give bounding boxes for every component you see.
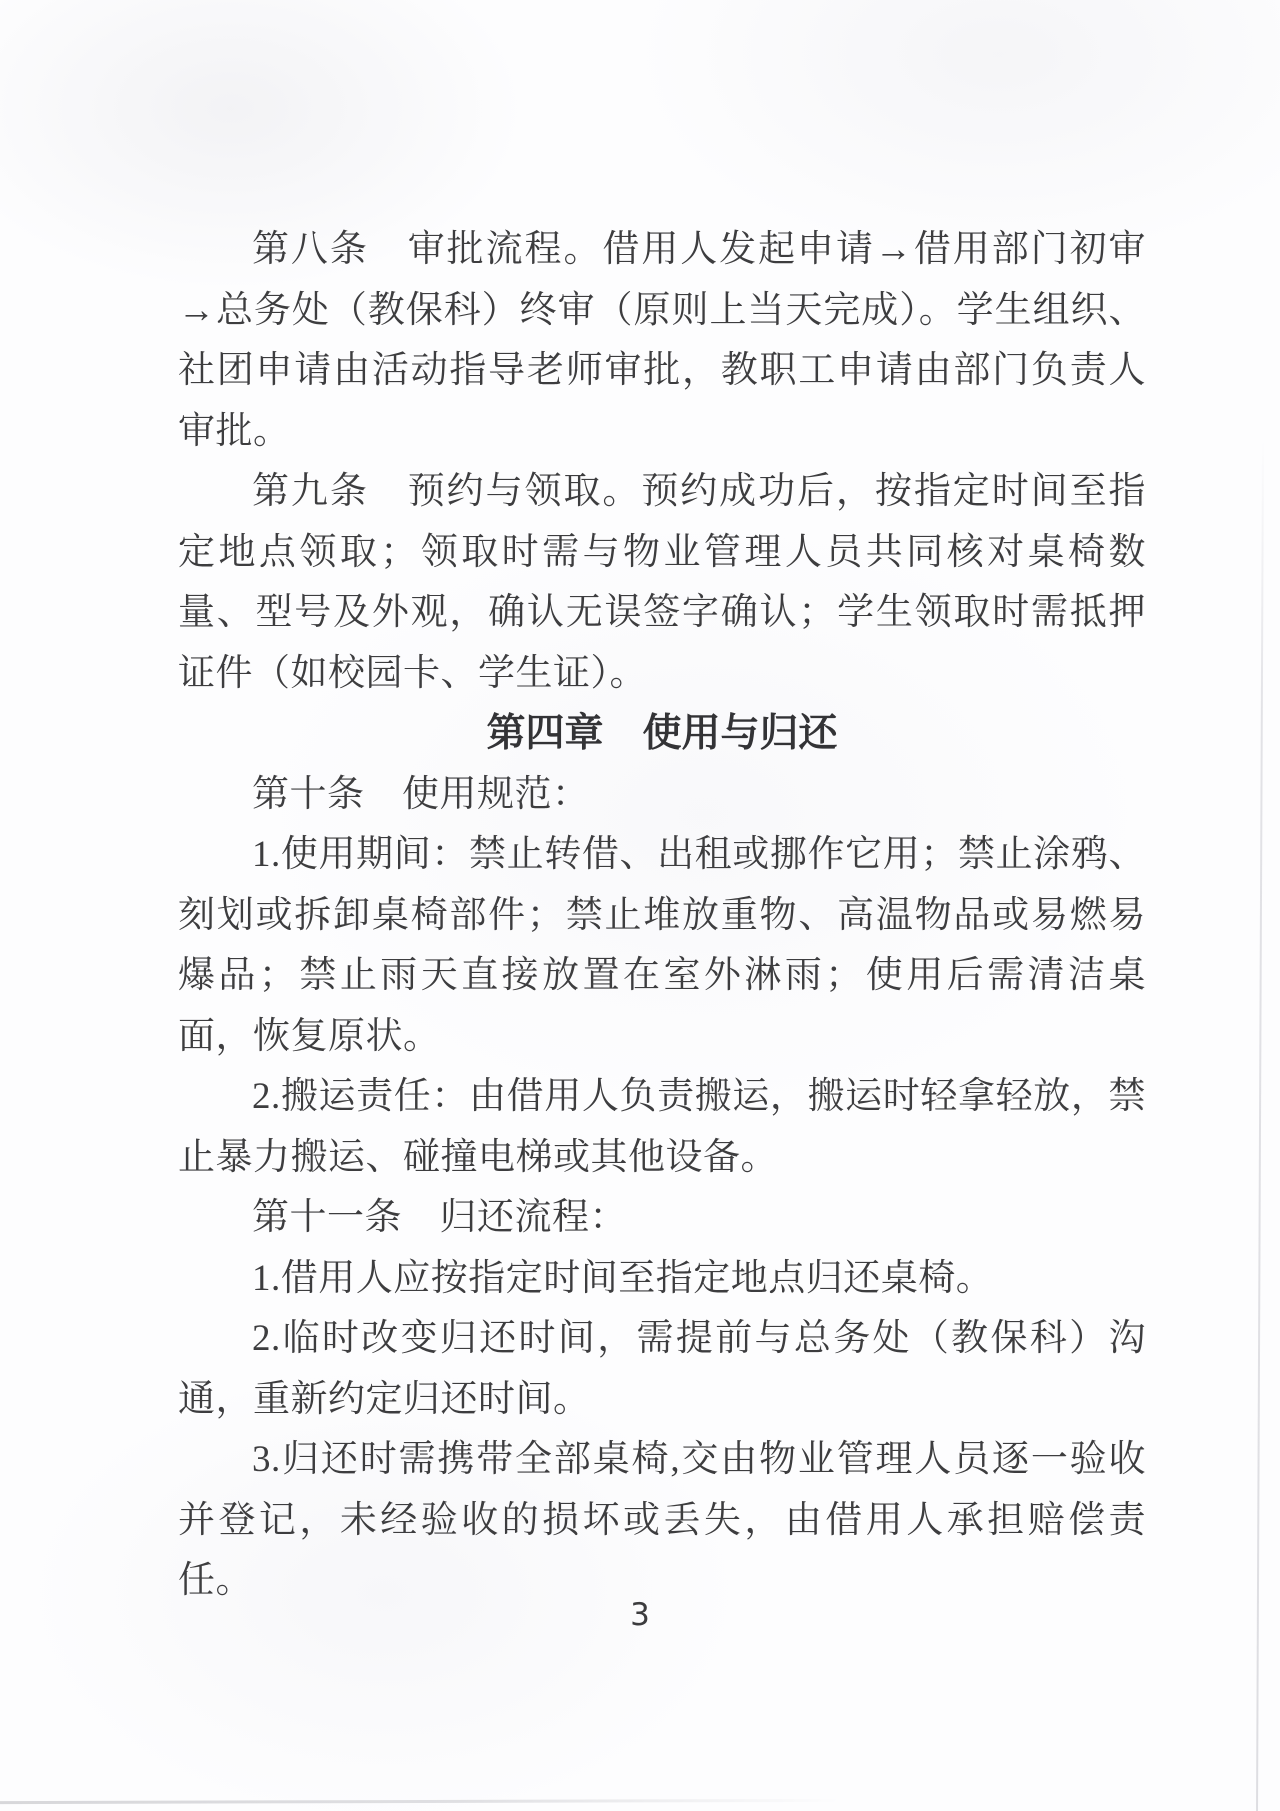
document-page: 第八条 审批流程。借用人发起申请→借用部门初审→总务处（教保科）终审（原则上当天… [0,0,1280,1811]
document-body: 第八条 审批流程。借用人发起申请→借用部门初审→总务处（教保科）终审（原则上当天… [178,220,1146,1612]
clause-10-title: 第十条 使用规范： [178,765,1146,826]
clause-11-item-3: 3.归还时需携带全部桌椅,交由物业管理人员逐一验收并登记，未经验收的损坏或丢失，… [178,1430,1146,1612]
chapter-4-heading: 第四章 使用与归还 [178,704,1146,765]
page-number: 3 [0,1597,1280,1633]
clause-10-item-2: 2.搬运责任：由借用人负责搬运，搬运时轻拿轻放，禁止暴力搬运、碰撞电梯或其他设备… [178,1067,1146,1188]
clause-11-title: 第十一条 归还流程： [178,1188,1146,1249]
clause-9-paragraph: 第九条 预约与领取。预约成功后，按指定时间至指定地点领取；领取时需与物业管理人员… [178,462,1146,704]
clause-11-item-2: 2.临时改变归还时间，需提前与总务处（教保科）沟通，重新约定归还时间。 [178,1309,1146,1430]
clause-8-paragraph: 第八条 审批流程。借用人发起申请→借用部门初审→总务处（教保科）终审（原则上当天… [178,220,1146,462]
scan-artifact-bottom-line [0,1799,840,1804]
clause-11-item-1: 1.借用人应按指定时间至指定地点归还桌椅。 [178,1249,1146,1310]
clause-10-item-1: 1.使用期间：禁止转借、出租或挪作它用；禁止涂鸦、刻划或拆卸桌椅部件；禁止堆放重… [178,825,1146,1067]
